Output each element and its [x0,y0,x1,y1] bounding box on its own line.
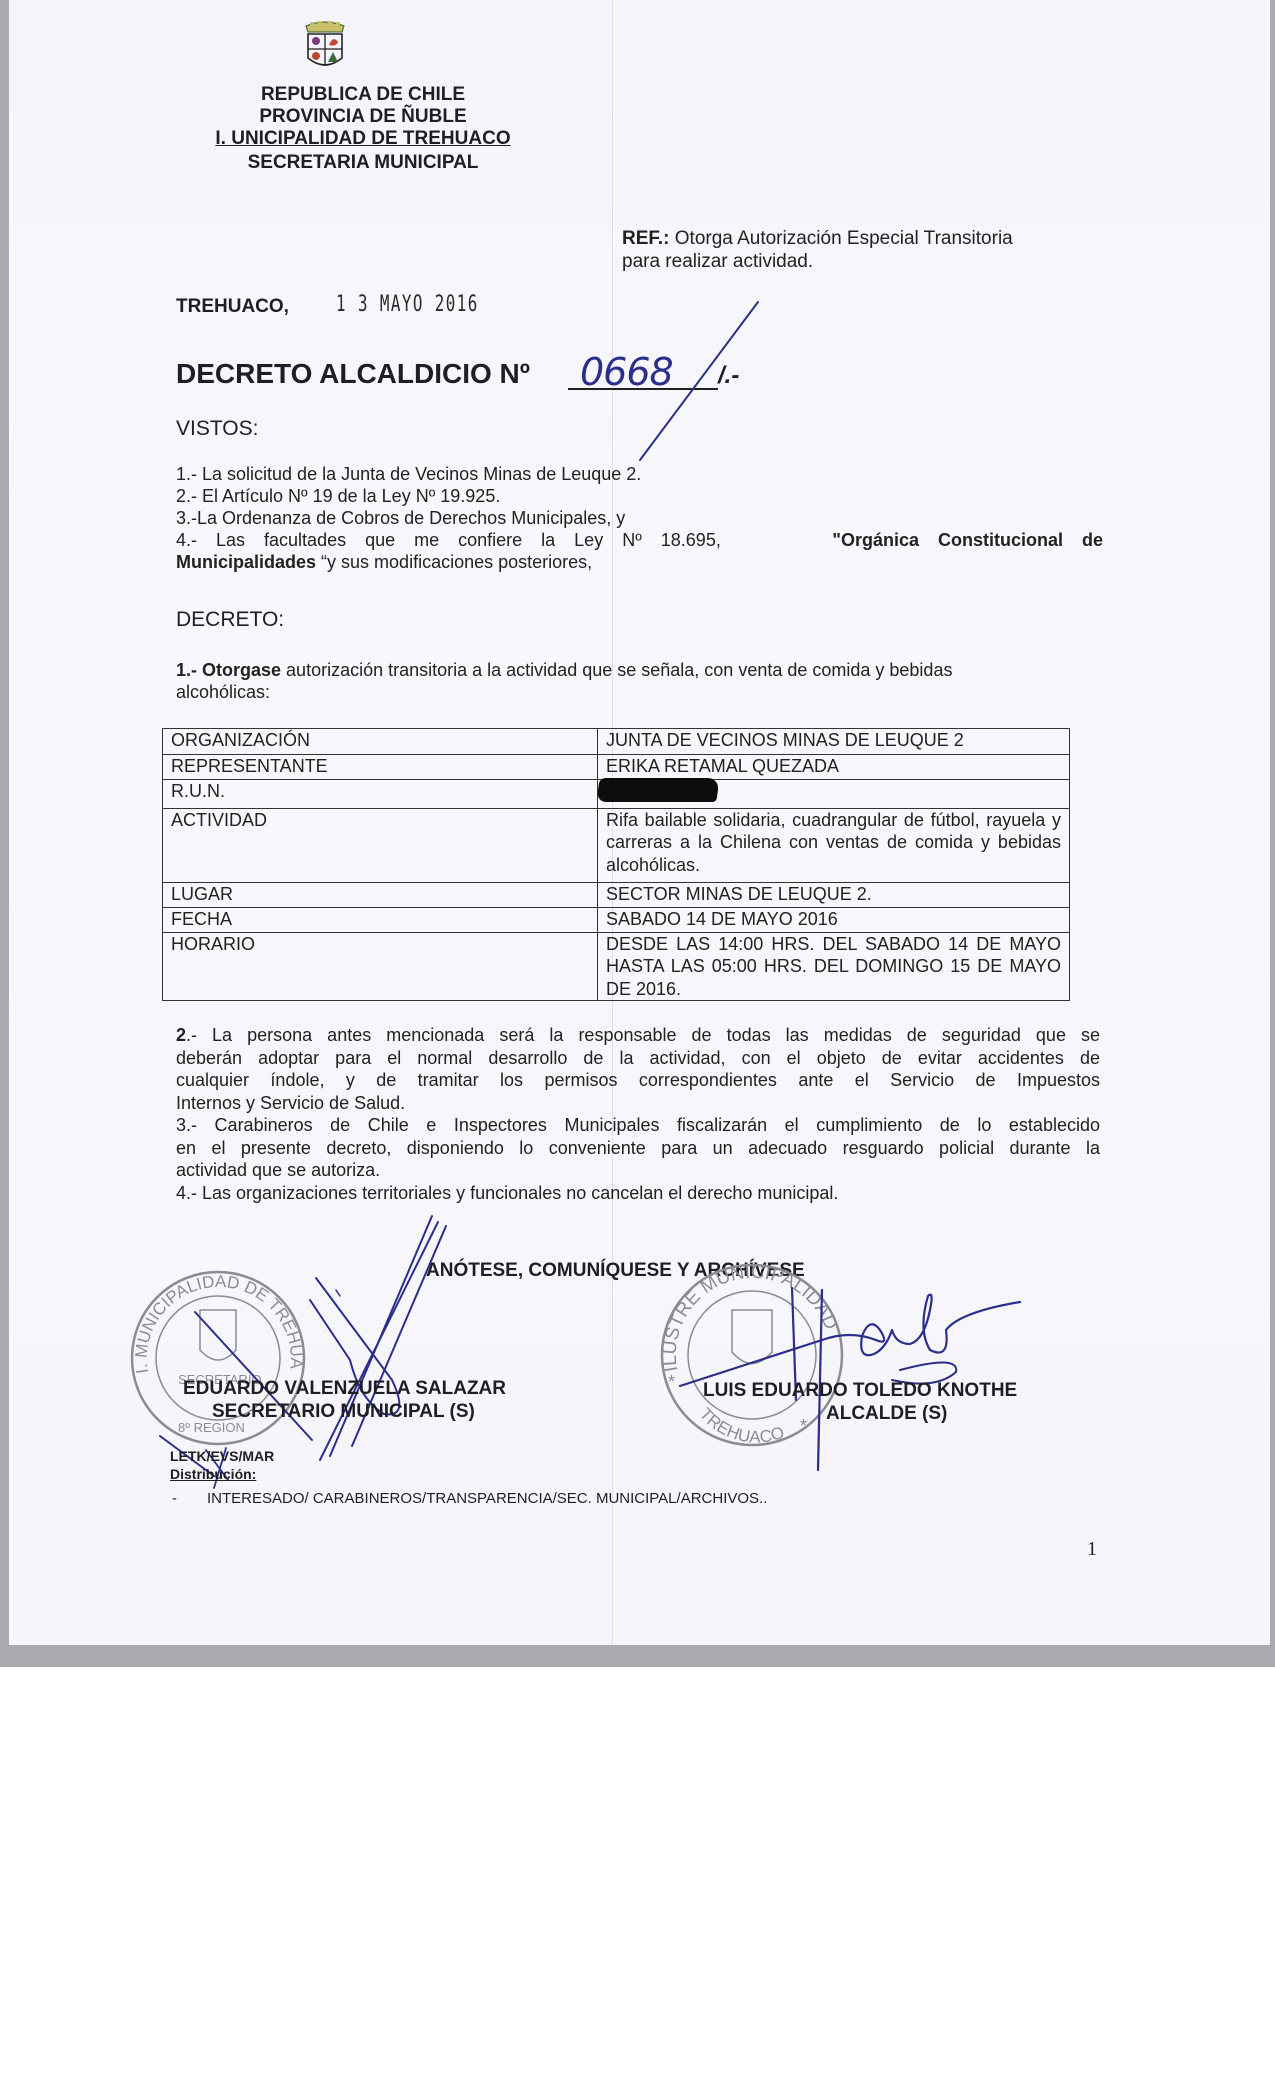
table-row: HORARIO DESDE LAS 14:00 HRS. DEL SABADO … [163,932,1070,1001]
header-municipality: I. UNICIPALIDAD DE TREHUACO [163,128,563,150]
point-2-paragraph: 2.- La persona antes mencionada será la … [176,1024,1100,1204]
row-value-redacted [598,780,1070,809]
row-key: ORGANIZACIÓN [163,729,598,755]
vistos-item-4-bold: "Orgánica Constitucional de [832,529,1103,551]
closing-formula: ANÓTESE, COMUNÍQUESE Y ARCHÍVESE [426,1260,805,1282]
point-1-label: 1.- Otorgase [176,660,281,680]
vistos-item-4-line2: Municipalidades “y sus modificaciones po… [176,551,592,573]
page-number: 1 [1087,1538,1097,1561]
row-key: HORARIO [163,932,598,1001]
point-1-text: autorización transitoria a la actividad … [286,660,952,680]
decree-title: DECRETO ALCALDICIO Nº [176,358,530,390]
law-name-rest: “y sus modificaciones posteriores, [321,552,592,572]
mayor-name: LUIS EDUARDO TOLEDO KNOTHE [703,1380,1017,1402]
point-4-line: 4.- Las organizaciones territoriales y f… [176,1182,1100,1205]
scan-edge-right [1270,0,1275,1667]
vistos-item-4-plain: 4.- Las facultades que me confiere la Le… [176,529,721,551]
ref-text-line1: Otorga Autorización Especial Transitoria [675,228,1013,249]
initials: LETK/EVS/MAR [170,1448,274,1464]
vistos-item-1: 1.- La solicitud de la Junta de Vecinos … [176,463,641,485]
secretary-title: SECRETARIO MUNICIPAL (S) [212,1401,475,1423]
row-value: DESDE LAS 14:00 HRS. DEL SABADO 14 DE MA… [598,932,1070,1001]
law-name-bold: Municipalidades [176,552,316,572]
date-stamp: 1 3 MAYO 2016 [336,292,479,317]
activity-info-table: ORGANIZACIÓN JUNTA DE VECINOS MINAS DE L… [162,728,1070,1001]
table-row: LUGAR SECTOR MINAS DE LEUQUE 2. [163,882,1070,907]
row-key: ACTIVIDAD [163,808,598,882]
mayor-title: ALCALDE (S) [826,1403,947,1425]
row-key: R.U.N. [163,780,598,809]
row-value: SECTOR MINAS DE LEUQUE 2. [598,882,1070,907]
scan-edge-bottom [0,1645,1275,1667]
vistos-heading: VISTOS: [176,417,258,441]
distribution-label: Distribución: [170,1466,256,1482]
header-department: SECRETARIA MUNICIPAL [163,152,563,174]
decree-suffix: /.- [718,362,739,390]
table-row: R.U.N. [163,780,1070,809]
redaction-mark [596,778,719,802]
header-province: PROVINCIA DE ÑUBLE [163,106,563,128]
scan-edge-left [0,0,9,1667]
place-label: TREHUACO, [176,296,289,318]
table-row: FECHA SABADO 14 DE MAYO 2016 [163,907,1070,932]
header-country: REPUBLICA DE CHILE [163,84,563,106]
point-3-line: 3.- Carabineros de Chile e Inspectores M… [176,1114,1100,1137]
vistos-item-2: 2.- El Artículo Nº 19 de la Ley Nº 19.92… [176,485,500,507]
ref-label: REF.: [622,228,670,249]
coat-of-arms-icon [302,20,348,72]
row-value: JUNTA DE VECINOS MINAS DE LEUQUE 2 [598,729,1070,755]
row-key: FECHA [163,907,598,932]
row-value: SABADO 14 DE MAYO 2016 [598,907,1070,932]
point-2-line: 2.- La persona antes mencionada será la … [176,1024,1100,1047]
ref-block: REF.: Otorga Autorización Especial Trans… [622,228,1013,250]
point-2-line: Internos y Servicio de Salud. [176,1092,1100,1115]
distribution-list: INTERESADO/ CARABINEROS/TRANSPARENCIA/SE… [207,1490,767,1507]
point-2-line: deberán adoptar para el normal desarroll… [176,1047,1100,1070]
row-value: ERIKA RETAMAL QUEZADA [598,755,1070,780]
decree-number-handwritten: 0668 [580,350,673,394]
table-row: ACTIVIDAD Rifa bailable solidaria, cuadr… [163,808,1070,882]
secretary-name: EDUARDO VALENZUELA SALAZAR [183,1378,506,1400]
row-key: LUGAR [163,882,598,907]
ref-text-line2: para realizar actividad. [622,251,813,273]
decreto-heading: DECRETO: [176,608,284,632]
row-key: REPRESENTANTE [163,755,598,780]
point-2-text: .- La persona antes mencionada será la r… [186,1025,1100,1045]
decreto-point-1-line2: alcohólicas: [176,681,270,703]
vistos-item-4-line1: 4.- Las facultades que me confiere la Le… [176,529,1103,551]
decreto-point-1-line1: 1.- Otorgase autorización transitoria a … [176,659,952,681]
row-value: Rifa bailable solidaria, cuadrangular de… [598,808,1070,882]
point-3-line: en el presente decreto, disponiendo lo c… [176,1137,1100,1160]
point-2-line: cualquier índole, y de tramitar los perm… [176,1069,1100,1092]
point-3-line: actividad que se autoriza. [176,1159,1100,1182]
vistos-item-3: 3.-La Ordenanza de Cobros de Derechos Mu… [176,507,625,529]
point-2-label: 2 [176,1025,186,1045]
scanned-page: REPUBLICA DE CHILE PROVINCIA DE ÑUBLE I.… [0,0,1275,1667]
distribution-bullet: - [172,1490,177,1507]
table-row: ORGANIZACIÓN JUNTA DE VECINOS MINAS DE L… [163,729,1070,755]
table-row: REPRESENTANTE ERIKA RETAMAL QUEZADA [163,755,1070,780]
